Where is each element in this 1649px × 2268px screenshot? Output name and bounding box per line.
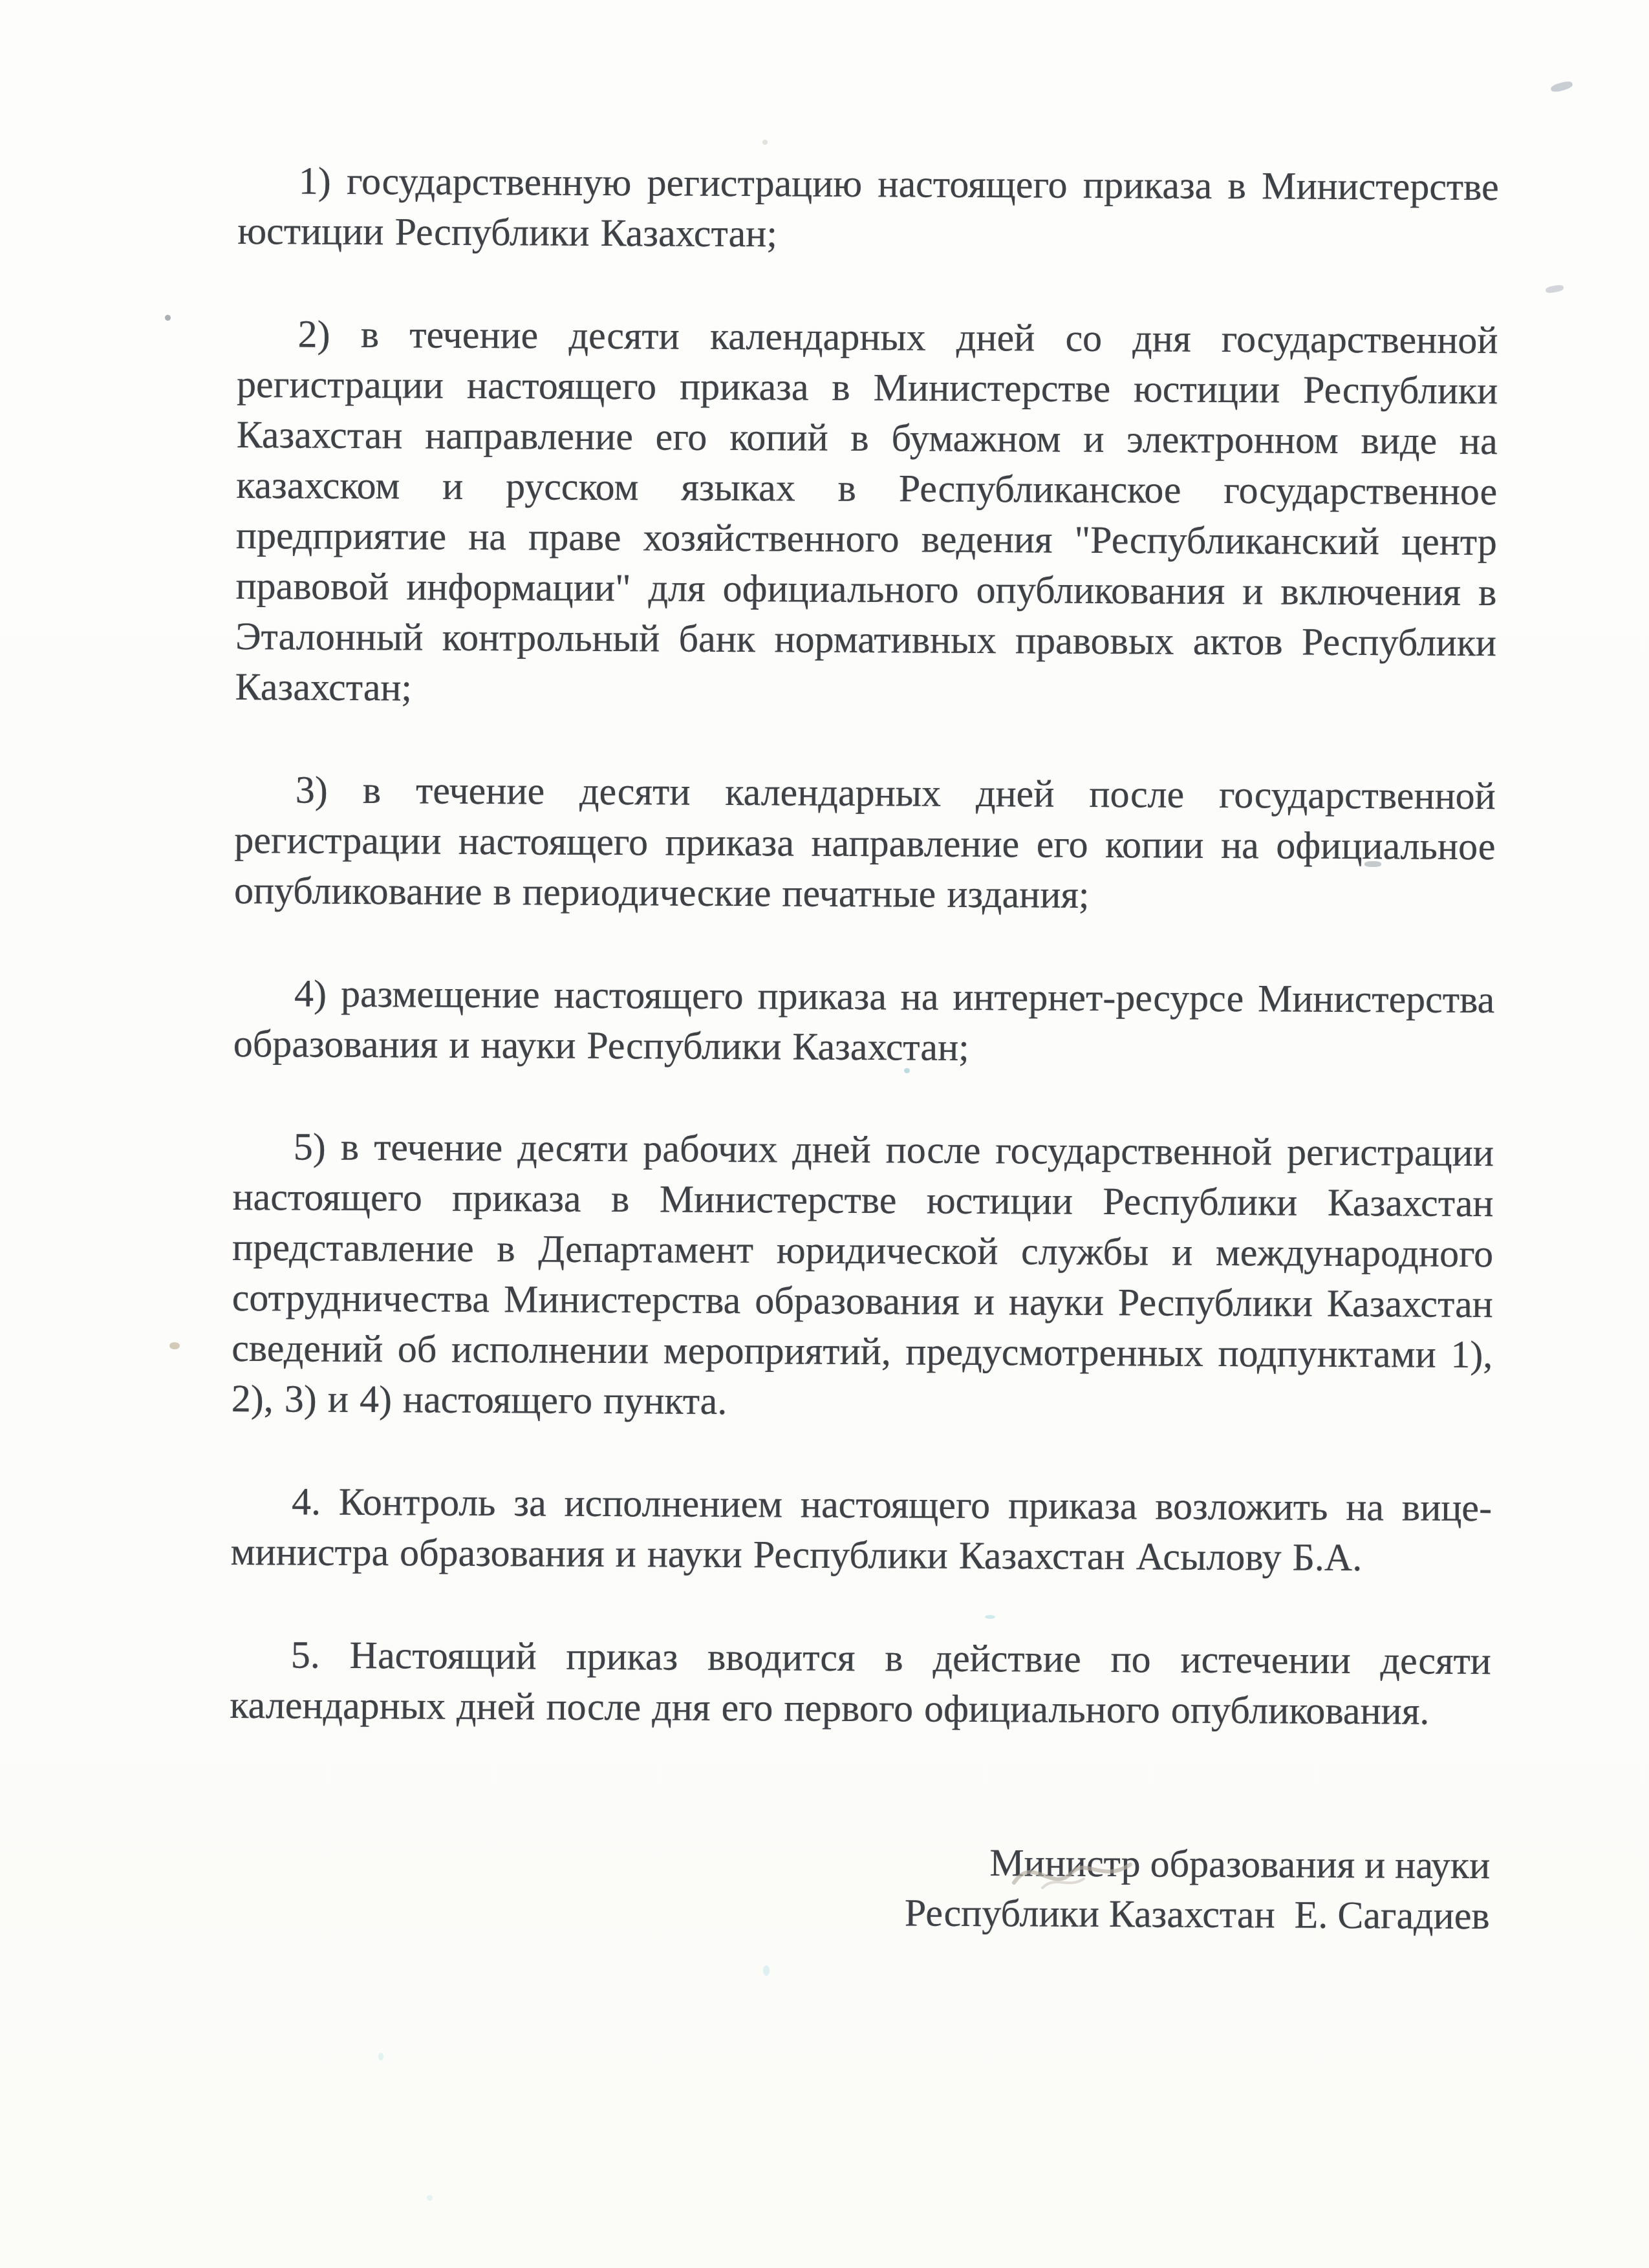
paragraph-subitem-5: 5) в течение десяти рабочих дней после г… (232, 1121, 1494, 1430)
scan-speck-cyan (763, 1965, 770, 1976)
scan-smudge (1545, 284, 1564, 294)
signature-line-1: Министр образования и науки (229, 1834, 1490, 1890)
scan-speck-cyan (427, 2195, 433, 2201)
document-body: 1) государственную регистрацию настоящег… (229, 155, 1499, 1941)
scan-speck-cyan (378, 2053, 383, 2060)
signature-block: Министр образования и науки Республики К… (229, 1834, 1491, 1941)
paragraph-subitem-1: 1) государственную регистрацию настоящег… (237, 155, 1499, 262)
scan-speck (165, 315, 171, 321)
paragraph-point-4: 4. Контроль за исполнением настоящего пр… (230, 1476, 1492, 1583)
document-page: 1) государственную регистрацию настоящег… (0, 0, 1649, 2268)
paragraph-subitem-4: 4) размещение настоящего приказа на инте… (233, 968, 1495, 1075)
paragraph-subitem-3: 3) в течение десяти календарных дней пос… (234, 764, 1496, 922)
scan-smudge (1550, 80, 1573, 93)
signature-line-2: Республики Казахстан Е. Сагадиев (229, 1884, 1490, 1941)
pencil-squiggle-artifact (1009, 1843, 1145, 1904)
scan-speck-cyan (985, 1615, 995, 1619)
paragraph-subitem-2: 2) в течение десяти календарных дней со … (235, 308, 1498, 718)
paragraph-point-5: 5. Настоящий приказ вводится в действие … (230, 1629, 1491, 1737)
scan-speck-cyan (904, 1068, 910, 1073)
scan-speck (169, 1342, 180, 1349)
scan-smudge (1364, 861, 1381, 867)
scan-speck (762, 140, 768, 145)
